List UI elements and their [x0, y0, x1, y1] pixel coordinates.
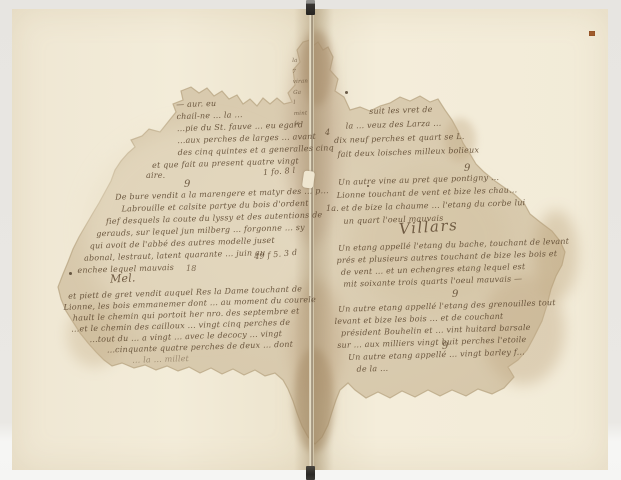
left-lower-paragraph: et piett de gret vendit auquel Res la Da… — [60, 283, 318, 368]
scan-background: — aur. euchail-ne ... la ......pie du St… — [0, 0, 621, 480]
manuscript-line: fa — [294, 118, 310, 129]
section-heading: Mel. — [110, 271, 136, 285]
manuscript-line: viran — [293, 76, 309, 87]
manuscript-line: la — [292, 55, 308, 66]
binding-pin-bottom-icon — [306, 466, 315, 480]
margin-mark-1: 4 — [325, 128, 330, 137]
ink-speck — [69, 272, 72, 275]
manuscript-line: mint — [294, 108, 310, 119]
manuscript-line: l — [293, 97, 309, 108]
page-number: 18 — [186, 264, 197, 273]
section-mark-3: 9 — [452, 289, 459, 300]
right-etang1-paragraph: Un etang appellé l'etang du bache, touch… — [336, 236, 570, 291]
section-mark-1: 9 — [184, 179, 191, 190]
ink-speck — [345, 91, 348, 94]
right-upper-paragraph: suit les vret dela ... veuz des Larza ..… — [333, 101, 479, 162]
left-middle-paragraph: De bure vendit a la marengere et matyr d… — [75, 185, 331, 277]
ink-speck — [367, 185, 369, 187]
gutter-scrap-text: la7viranGalmintfa — [292, 55, 310, 129]
manuscript-line: 7 — [292, 66, 308, 77]
left-upper-note: aire. — [146, 171, 165, 180]
manuscript-line: Ga — [293, 87, 309, 98]
binding-pin-top-icon — [306, 0, 315, 15]
red-collation-mark — [589, 31, 595, 36]
